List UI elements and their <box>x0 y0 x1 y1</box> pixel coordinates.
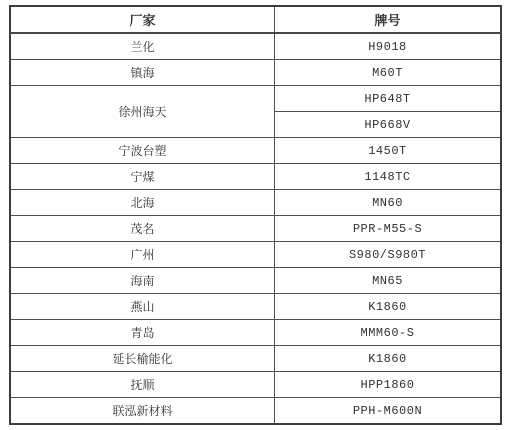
manufacturer-cell: 海南 <box>10 268 275 294</box>
manufacturer-cell: 青岛 <box>10 320 275 346</box>
manufacturer-cell: 宁波台塑 <box>10 138 275 164</box>
grade-cell: S980/S980T <box>275 242 502 268</box>
grade-cell: HP668V <box>275 112 502 138</box>
grade-cell: HPP1860 <box>275 372 502 398</box>
table-row: 宁波台塑1450T <box>10 138 501 164</box>
table-row: 联泓新材料PPH-M600N <box>10 398 501 425</box>
grade-cell: MN60 <box>275 190 502 216</box>
manufacturer-cell: 延长榆能化 <box>10 346 275 372</box>
grade-cell: K1860 <box>275 346 502 372</box>
grade-cell: H9018 <box>275 33 502 60</box>
manufacturer-cell: 北海 <box>10 190 275 216</box>
column-header-grade: 牌号 <box>275 6 502 33</box>
grade-cell: MN65 <box>275 268 502 294</box>
table-body: 兰化H9018镇海M60T徐州海天HP648THP668V宁波台塑1450T宁煤… <box>10 33 501 424</box>
table-row: 兰化H9018 <box>10 33 501 60</box>
column-header-manufacturer: 厂家 <box>10 6 275 33</box>
table-row: 北海MN60 <box>10 190 501 216</box>
manufacturer-cell: 镇海 <box>10 60 275 86</box>
manufacturer-cell: 抚顺 <box>10 372 275 398</box>
header-row: 厂家 牌号 <box>10 6 501 33</box>
grade-cell: MMM60-S <box>275 320 502 346</box>
table-header: 厂家 牌号 <box>10 6 501 33</box>
manufacturer-cell: 徐州海天 <box>10 86 275 138</box>
grade-cell: HP648T <box>275 86 502 112</box>
grade-cell: PPH-M600N <box>275 398 502 425</box>
table-row: 青岛MMM60-S <box>10 320 501 346</box>
grade-cell: PPR-M55-S <box>275 216 502 242</box>
table-row: 燕山K1860 <box>10 294 501 320</box>
manufacturer-cell: 联泓新材料 <box>10 398 275 425</box>
manufacturer-cell: 兰化 <box>10 33 275 60</box>
table-row: 海南MN65 <box>10 268 501 294</box>
table-row: 宁煤1148TC <box>10 164 501 190</box>
table-row: 徐州海天HP648T <box>10 86 501 112</box>
manufacturer-cell: 燕山 <box>10 294 275 320</box>
table-row: 延长榆能化K1860 <box>10 346 501 372</box>
table-row: 镇海M60T <box>10 60 501 86</box>
grade-cell: 1450T <box>275 138 502 164</box>
manufacturer-grade-table: 厂家 牌号 兰化H9018镇海M60T徐州海天HP648THP668V宁波台塑1… <box>9 5 502 425</box>
manufacturer-cell: 广州 <box>10 242 275 268</box>
table-row: 抚顺HPP1860 <box>10 372 501 398</box>
table-row: 茂名PPR-M55-S <box>10 216 501 242</box>
page: 厂家 牌号 兰化H9018镇海M60T徐州海天HP648THP668V宁波台塑1… <box>0 0 508 430</box>
grade-cell: K1860 <box>275 294 502 320</box>
grade-cell: M60T <box>275 60 502 86</box>
manufacturer-cell: 茂名 <box>10 216 275 242</box>
grade-cell: 1148TC <box>275 164 502 190</box>
table-row: 广州S980/S980T <box>10 242 501 268</box>
manufacturer-cell: 宁煤 <box>10 164 275 190</box>
